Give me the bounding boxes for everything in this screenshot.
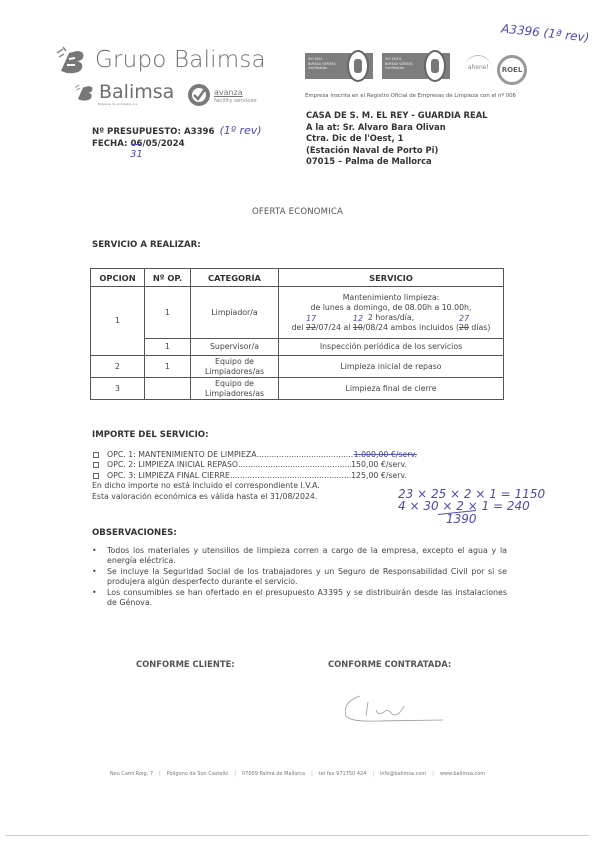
- cell-servicio: Mantenimiento limpieza: de lunes a domin…: [279, 287, 504, 339]
- table-row: 1 1 Limpiador/a Mantenimiento limpieza: …: [91, 287, 504, 339]
- document-title: OFERTA ECONOMICA: [0, 207, 595, 217]
- footer: Nou Camí Roig, 7|Polígono de Son Castell…: [0, 771, 595, 777]
- client-street: Ctra. Dic de l'Oest, 1: [306, 133, 488, 145]
- cell-servicio: Limpieza final de cierre: [279, 378, 504, 400]
- fecha-rest: /05/2024: [142, 139, 184, 149]
- cell-opcion: 1: [91, 287, 145, 356]
- checkbox-icon: [93, 462, 99, 468]
- checkbox-icon: [93, 473, 99, 479]
- services-table: OPCION Nº OP. CATEGORÍA SERVICIO 1 1 Lim…: [90, 268, 504, 400]
- price-value: 125,00 €/serv.: [351, 471, 407, 481]
- price-value: 1.000,00 €/serv.: [354, 450, 417, 460]
- cell-opcion: 3: [91, 378, 145, 400]
- price-item: OPC. 1: MANTENIMIENTO DE LIMPIEZA 1.000,…: [92, 450, 417, 460]
- page-divider: [5, 835, 589, 836]
- conforme-contratada-label: CONFORME CONTRATADA:: [328, 659, 451, 669]
- cell-servicio: Limpieza inicial de repaso: [279, 356, 504, 378]
- client-address: CASA DE S. M. EL REY - GUARDIA REAL A la…: [306, 110, 488, 168]
- client-location: (Estación Naval de Porto Pi): [306, 145, 488, 157]
- price-item: OPC. 2: LIMPIEZA INICIAL REPASO 150,00 €…: [92, 460, 407, 470]
- observaciones-heading: OBSERVACIONES:: [92, 528, 177, 538]
- client-city: 07015 – Palma de Mallorca: [306, 156, 488, 168]
- price-item: OPC. 3: LIMPIEZA FINAL CIERRE 125,00 €/s…: [92, 471, 407, 481]
- checkbox-icon: [93, 452, 99, 458]
- cell-categoria: Equipo deLimpiadores/as: [191, 378, 279, 400]
- cell-categoria: Equipo deLimpiadores/as: [191, 356, 279, 378]
- fecha-day-struck: 06: [131, 139, 143, 149]
- roel-logo: ROEL: [497, 55, 527, 85]
- grupo-balimsa-text: Grupo Balimsa: [95, 47, 266, 73]
- iso9001-certification-badge: ISO 9001 BUREAU VERITAS Certification: [305, 53, 373, 79]
- balimsa-logo: Balimsa Baleares de Limpiezas s.a.: [74, 82, 174, 102]
- service-period: del 1722/07/24 al 1210/08/24 ambos inclu…: [279, 323, 503, 333]
- list-item: Los consumibles se han ofertado en el pr…: [92, 588, 507, 609]
- avanza-logo: avanza facility services: [188, 84, 257, 106]
- registro-note: Empresa inscrita en el Registro Oficial …: [305, 93, 516, 99]
- balimsa-b-icon: [55, 45, 89, 75]
- table-row: 1 Supervisor/a Inspección periódica de l…: [91, 339, 504, 356]
- col-header-categoria: CATEGORÍA: [191, 269, 279, 287]
- importe-heading: IMPORTE DEL SERVICIO:: [92, 430, 209, 440]
- handwritten-calculation: 23 × 25 × 2 × 1 = 1150 4 × 30 × 2 × 1 = …: [398, 488, 545, 525]
- bureau-veritas-seal-icon: [347, 50, 369, 82]
- client-attention: A la at: Sr. Alvaro Bara Olivan: [306, 122, 488, 134]
- price-value: 150,00 €/serv.: [351, 460, 407, 470]
- presupuesto-block: Nº PRESUPUESTO: A3396 (1º rev) FECHA: 06…: [92, 125, 262, 150]
- presupuesto-number: A3396: [184, 127, 215, 137]
- table-row: 3 Equipo deLimpiadores/as Limpieza final…: [91, 378, 504, 400]
- presupuesto-handwritten-note: (1º rev): [220, 124, 262, 137]
- avanza-subtitle: facility services: [214, 97, 257, 105]
- cell-nop: 1: [145, 287, 191, 339]
- cell-nop: 1: [145, 356, 191, 378]
- ahenel-logo: ahenel: [464, 55, 492, 83]
- cell-nop: [145, 378, 191, 400]
- list-item: Todos los materiales y utensilios de lim…: [92, 546, 507, 567]
- table-row: 2 1 Equipo deLimpiadores/as Limpieza ini…: [91, 356, 504, 378]
- observaciones-list: Todos los materiales y utensilios de lim…: [92, 546, 507, 608]
- list-item: Se incluye la Seguridad Social de los tr…: [92, 567, 507, 588]
- col-header-nop: Nº OP.: [145, 269, 191, 287]
- fecha-label: FECHA:: [92, 139, 128, 149]
- iso14001-certification-badge: ISO 14001 BUREAU VERITAS Certification: [382, 53, 450, 79]
- col-header-servicio: SERVICIO: [279, 269, 504, 287]
- balimsa-subtitle: Baleares de Limpiezas s.a.: [98, 102, 168, 106]
- cell-servicio: Inspección periódica de los servicios: [279, 339, 504, 356]
- avanza-text: avanza: [214, 88, 243, 97]
- cell-categoria: Supervisor/a: [191, 339, 279, 356]
- conforme-cliente-label: CONFORME CLIENTE:: [136, 659, 235, 669]
- client-name: CASA DE S. M. EL REY - GUARDIA REAL: [306, 110, 488, 122]
- handwritten-reference: A3396 (1ª rev): [501, 21, 590, 44]
- presupuesto-label: Nº PRESUPUESTO:: [92, 127, 181, 137]
- servicio-heading: SERVICIO A REALIZAR:: [92, 240, 201, 250]
- balimsa-text: Balimsa: [99, 82, 174, 102]
- grupo-balimsa-logo: Grupo Balimsa: [55, 45, 266, 75]
- bureau-veritas-seal-icon: [424, 50, 446, 82]
- avanza-check-icon: [188, 84, 210, 106]
- balimsa-b-icon: [74, 82, 96, 102]
- cell-categoria: Limpiador/a: [191, 287, 279, 339]
- col-header-opcion: OPCION: [91, 269, 145, 287]
- signature: [338, 688, 448, 732]
- cell-nop: 1: [145, 339, 191, 356]
- fecha-day-handwritten: 31: [130, 149, 143, 160]
- cell-opcion: 2: [91, 356, 145, 378]
